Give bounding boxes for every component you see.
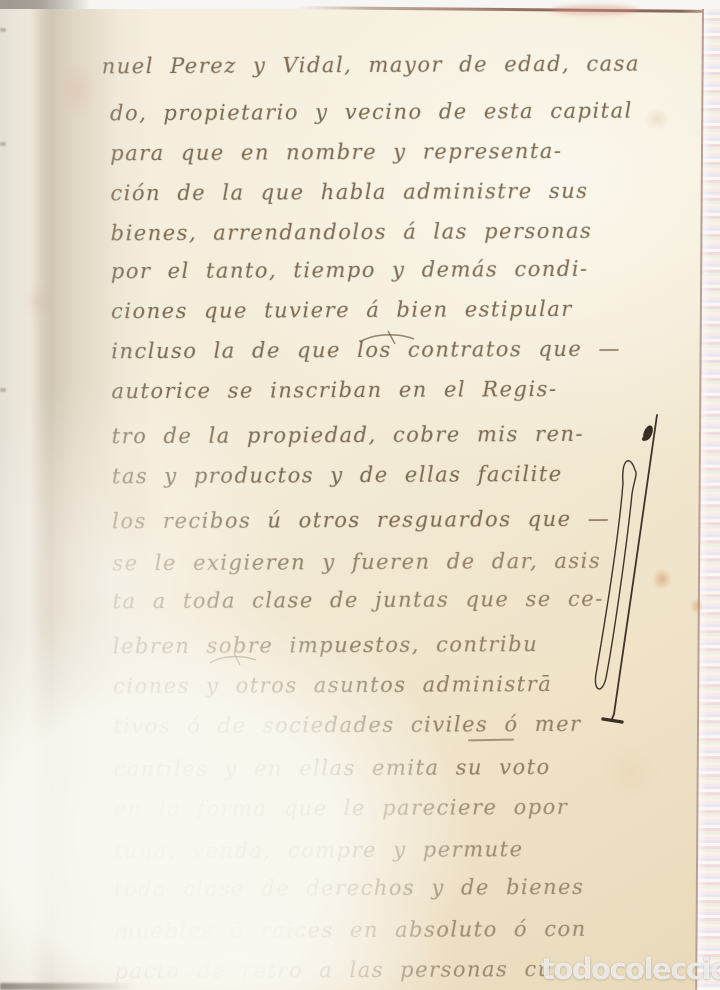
manuscript-line: pacto de retro a las personas cu [114, 955, 552, 985]
manuscript-line: tuna, venda, compre y permute [114, 835, 524, 865]
manuscript-line: para que en nombre y representa- [110, 137, 562, 167]
manuscript-line: en la forma que le pareciere opor [114, 793, 569, 823]
manuscript-line: autorice se inscriban en el Regis- [111, 375, 557, 405]
manuscript-line: ta a toda clase de juntas que se ce- [112, 585, 603, 616]
todocoleccion-watermark: todocoleccion [541, 951, 720, 987]
manuscript-line: do, propietario y vecino de esta capital [110, 97, 633, 128]
manuscript-line: toda clase de derechos y de bienes [114, 873, 584, 903]
manuscript-line: los recibos ú otros resguardos que — [112, 505, 610, 536]
manuscript-line: se le exigieren y fueren de dar, asis [112, 547, 601, 578]
bottom-left-shadow [0, 983, 160, 990]
manuscript-line: ciones y otros asuntos administrā [113, 670, 552, 700]
manuscript-line: nuel Perez y Vidal, mayor de edad, casa [102, 50, 640, 81]
pen-flourish-rubric [575, 408, 665, 738]
manuscript-line: tivos ó de sociedades civiles ó mer [113, 710, 582, 740]
manuscript-line: incluso la de que los contratos que — [111, 335, 621, 366]
manuscript-line: ciones que tuviere á bien estipular [111, 295, 573, 325]
manuscript-line: tas y productos y de ellas facilite [112, 460, 563, 490]
manuscript-line: lebren sobre impuestos, contribu [113, 630, 539, 660]
manuscript-line: tro de la propiedad, cobre mis ren- [112, 420, 585, 450]
manuscript-line: bienes, arrendandolos á las personas [111, 217, 593, 248]
manuscript-line: ción de la que habla administre sus [110, 177, 588, 208]
manuscript-line: cantiles y en ellas emita su voto [113, 753, 550, 783]
manuscript-line: por el tanto, tiempo y demás condi- [111, 255, 589, 286]
manuscript-line: muebles ó raices en absoluto ó con [114, 915, 587, 945]
scanned-manuscript-page: nuel Perez y Vidal, mayor de edad, casa … [0, 0, 720, 990]
